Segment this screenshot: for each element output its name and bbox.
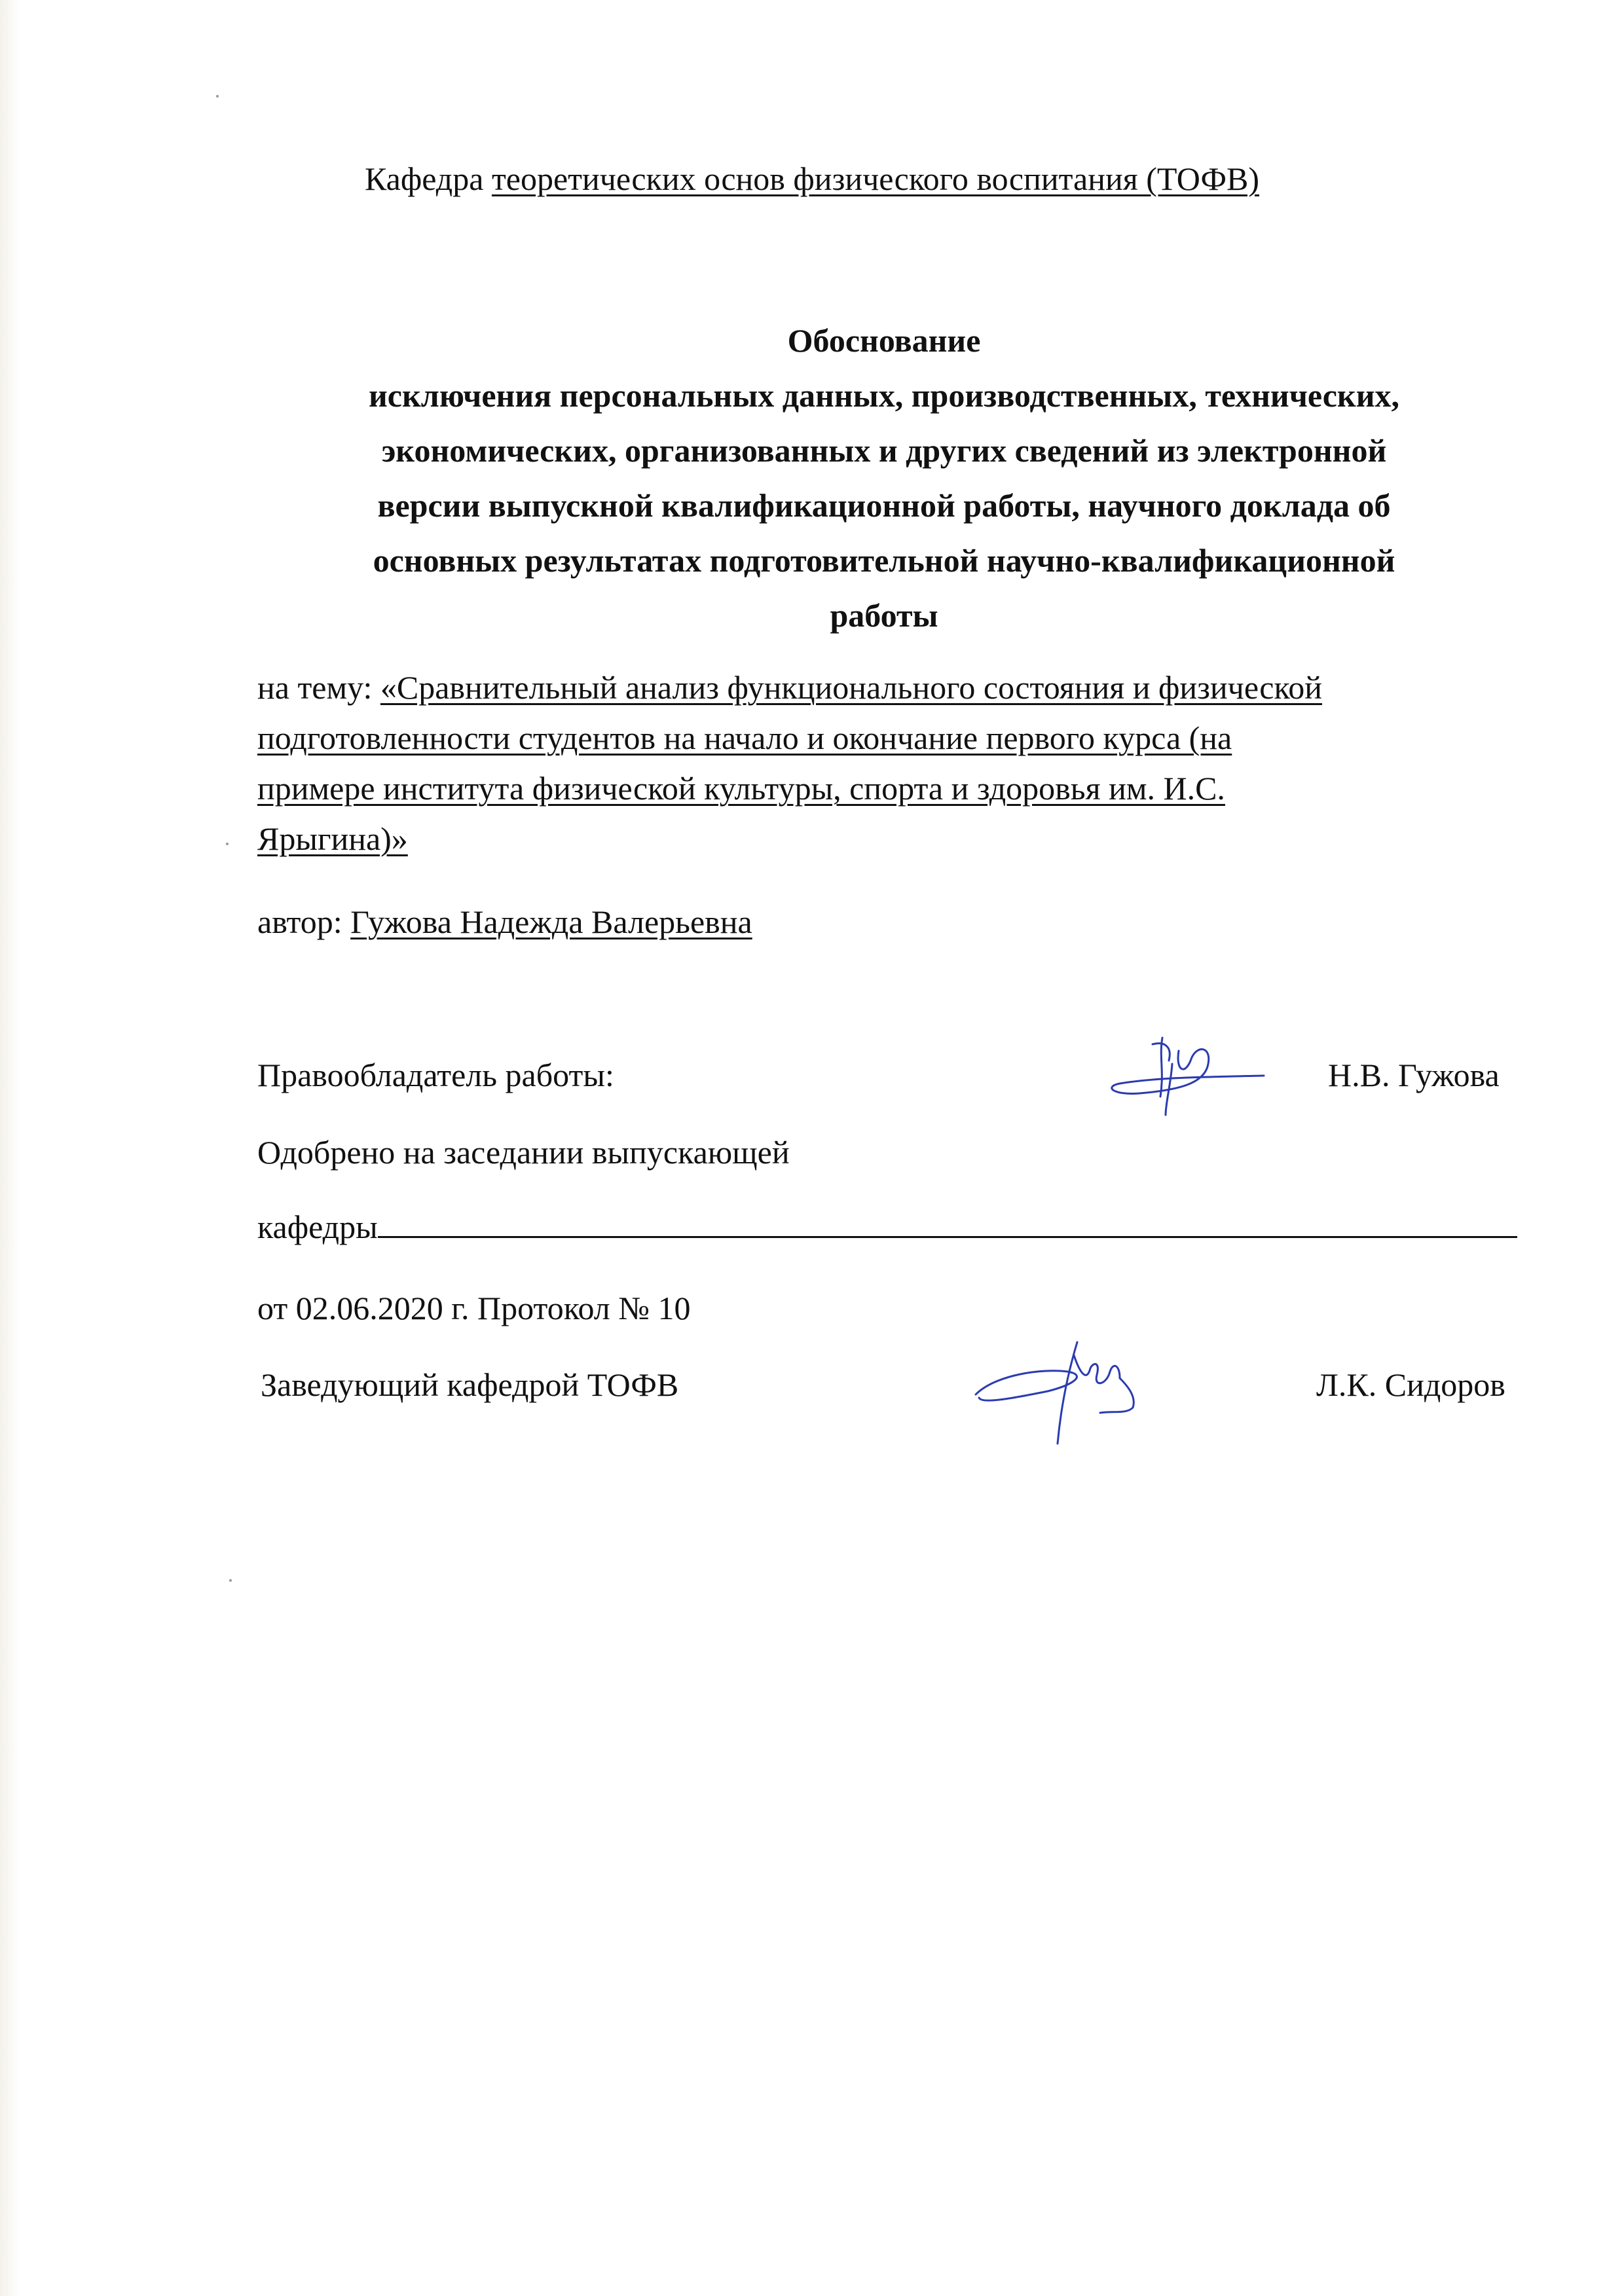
title-heading: Обоснование	[262, 313, 1506, 368]
head-of-department-label: Заведующий кафедрой ТОФВ	[261, 1365, 678, 1404]
author-name: Гужова Надежда Валерьевна	[350, 903, 752, 940]
topic-label: на тему:	[257, 669, 380, 706]
rights-holder-name: Н.В. Гужова	[1328, 1055, 1500, 1095]
department-name: теоретических основ физического воспитан…	[492, 160, 1259, 197]
approval-line-1: Одобрено на заседании выпускающей	[257, 1133, 790, 1172]
title-line-1: исключения персональных данных, производ…	[262, 368, 1506, 423]
scan-speck	[226, 843, 229, 845]
signature-icon	[969, 1336, 1205, 1447]
scan-speck	[229, 1579, 232, 1582]
scan-edge-shadow	[0, 0, 20, 2296]
topic-line-4: Ярыгина)»	[257, 820, 408, 857]
rights-holder-label: Правообладатель работы:	[257, 1055, 614, 1095]
protocol-line: от 02.06.2020 г. Протокол № 10	[257, 1288, 690, 1328]
topic-line-1: «Сравнительный анализ функционального со…	[380, 669, 1322, 706]
title-line-5: работы	[262, 588, 1506, 643]
scan-speck	[216, 95, 219, 98]
department-header: Кафедра теоретических основ физического …	[0, 159, 1624, 198]
topic-line-2: подготовленности студентов на начало и о…	[257, 720, 1232, 756]
department-label: кафедры	[257, 1209, 378, 1245]
document-title: Обоснование исключения персональных данн…	[262, 313, 1506, 643]
approval-line-2: кафедры	[257, 1206, 1517, 1247]
topic-line-3: примере института физической культуры, с…	[257, 770, 1225, 807]
author-line: автор: Гужова Надежда Валерьевна	[257, 902, 752, 941]
blank-fill-line	[378, 1206, 1517, 1238]
department-prefix: Кафедра	[365, 160, 492, 197]
document-page: Кафедра теоретических основ физического …	[0, 0, 1624, 2296]
title-line-4: основных результатах подготовительной на…	[262, 533, 1506, 588]
title-line-2: экономических, организованных и других с…	[262, 423, 1506, 478]
signature-icon	[1100, 1031, 1270, 1116]
topic-section: на тему: «Сравнительный анализ функциона…	[257, 663, 1534, 864]
title-line-3: версии выпускной квалификационной работы…	[262, 478, 1506, 533]
head-of-department-name: Л.К. Сидоров	[1316, 1365, 1505, 1404]
author-label: автор:	[257, 903, 350, 940]
